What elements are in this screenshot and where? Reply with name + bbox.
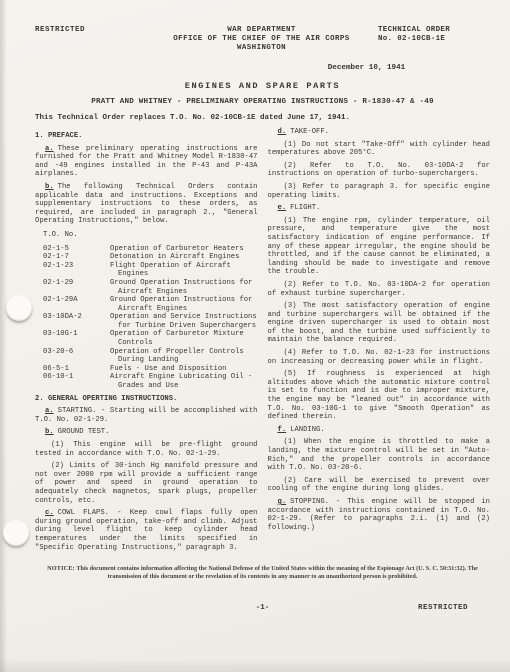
to-list-item: 03-10DA-2Operation and Service Instructi… — [43, 313, 258, 330]
to-number-label: T.O. No. — [43, 231, 258, 240]
paragraph-2g-stopping: g.STOPPING. - This engine will be stoppe… — [268, 498, 491, 532]
paragraph-2d1: (1) Do not start "Take-Off" with cylinde… — [268, 141, 491, 158]
paragraph-2d3: (3) Refer to paragraph 3. for specific e… — [268, 183, 491, 200]
document-title: ENGINES AND SPARE PARTS — [35, 81, 490, 91]
paragraph-2e2: (2) Refer to T.O. No. 03-10DA-2 for oper… — [268, 281, 491, 298]
paragraph-2e1: (1) The engine rpm, cylinder temperature… — [268, 217, 491, 277]
notice-text: This document contains information affec… — [76, 565, 478, 580]
paragraph-1a: a.These preliminary operating instructio… — [35, 145, 258, 179]
to-list-item: 03-10G-1Operation of Carburetor Mixture … — [43, 330, 258, 347]
document-header: RESTRICTED WAR DEPARTMENT OFFICE OF THE … — [35, 26, 490, 53]
paragraph-2b2: (2) Limits of 30-inch Hg manifold pressu… — [35, 462, 258, 505]
paragraph-2a-starting: a.STARTING. - Starting will be accomplis… — [35, 407, 258, 424]
paragraph-2f-landing: f.LANDING. — [268, 426, 491, 435]
replaces-note: This Technical Order replaces T.O. No. 0… — [35, 114, 490, 122]
right-column: d.TAKE-OFF. (1) Do not start "Take-Off" … — [268, 128, 491, 556]
restricted-stamp-bottom: RESTRICTED — [418, 604, 468, 612]
technical-order-list: 02-1-5Operation of Carburetor Heaters 02… — [35, 245, 258, 391]
paragraph-1b: b.The following Technical Orders contain… — [35, 183, 258, 226]
to-list-item: 02-1-7Detonation in Aircraft Engines — [43, 253, 258, 262]
paragraph-2e-flight: e.FLIGHT. — [268, 204, 491, 213]
paragraph-2e4: (4) Refer to T.O. No. 02-1-23 for instru… — [268, 349, 491, 366]
scan-bottom-shade — [0, 658, 510, 672]
to-list-item: 06-5-1Fuels - Use and Disposition — [43, 365, 258, 374]
document-subtitle: PRATT AND WHITNEY - PRELIMINARY OPERATIN… — [35, 98, 490, 106]
left-column: 1. PREFACE. a.These preliminary operatin… — [35, 128, 258, 556]
to-list-item: 02-1-23Flight Operation of Aircraft Engi… — [43, 262, 258, 279]
page-footer: -1- RESTRICTED — [35, 604, 490, 616]
agency-line-2: OFFICE OF THE CHIEF OF THE AIR CORPS — [145, 35, 378, 44]
agency-block: WAR DEPARTMENT OFFICE OF THE CHIEF OF TH… — [145, 26, 378, 53]
punch-hole — [6, 295, 32, 321]
punch-hole — [3, 520, 29, 546]
page-number: -1- — [256, 604, 270, 612]
paragraph-2b-ground-test: b.GROUND TEST. — [35, 428, 258, 437]
to-list-item: 06-10-1Aircraft Engine Lubricating Oil -… — [43, 373, 258, 390]
document-page: RESTRICTED WAR DEPARTMENT OFFICE OF THE … — [0, 0, 510, 672]
two-column-body: 1. PREFACE. a.These preliminary operatin… — [35, 128, 490, 556]
to-list-item: 02-1-29Ground Operation Instructions for… — [43, 279, 258, 296]
restricted-stamp-top: RESTRICTED — [35, 26, 145, 53]
to-list-item: 03-20-6Operation of Propeller Controls D… — [43, 348, 258, 365]
order-line-2: No. 02-10CB-1E — [378, 35, 490, 44]
order-line-1: TECHNICAL ORDER — [378, 26, 490, 35]
date-line: December 10, 1941 — [139, 64, 510, 72]
notice-label: NOTICE: — [47, 565, 75, 572]
technical-order-block: TECHNICAL ORDER No. 02-10CB-1E — [378, 26, 490, 53]
paragraph-2e5: (5) If roughness is experienced at high … — [268, 370, 491, 422]
paragraph-2c-cowl-flaps: c.COWL FLAPS. - Keep cowl flaps fully op… — [35, 509, 258, 552]
scan-edge-shade — [0, 0, 7, 672]
to-list-item: 02-1-29AGround Operation Instructions fo… — [43, 296, 258, 313]
espionage-act-notice: NOTICE: This document contains informati… — [40, 565, 486, 581]
agency-line-3: WASHINGTON — [145, 44, 378, 53]
paragraph-2f2: (2) Care will be exercised to prevent ov… — [268, 477, 491, 494]
paragraph-2d2: (2) Refer to T.O. No. 03-10DA-2 for inst… — [268, 162, 491, 179]
paragraph-2b1: (1) This engine will be pre-flight groun… — [35, 441, 258, 458]
paragraph-2e3: (3) The most satisfactory operation of e… — [268, 302, 491, 345]
section-2-heading: 2. GENERAL OPERTING INSTRUCTIONS. — [35, 395, 258, 404]
section-1-heading: 1. PREFACE. — [35, 132, 258, 141]
agency-line-1: WAR DEPARTMENT — [145, 26, 378, 35]
paragraph-2d-take-off: d.TAKE-OFF. — [268, 128, 491, 137]
paragraph-2f1: (1) When the engine is throttled to make… — [268, 438, 491, 472]
to-list-item: 02-1-5Operation of Carburetor Heaters — [43, 245, 258, 254]
